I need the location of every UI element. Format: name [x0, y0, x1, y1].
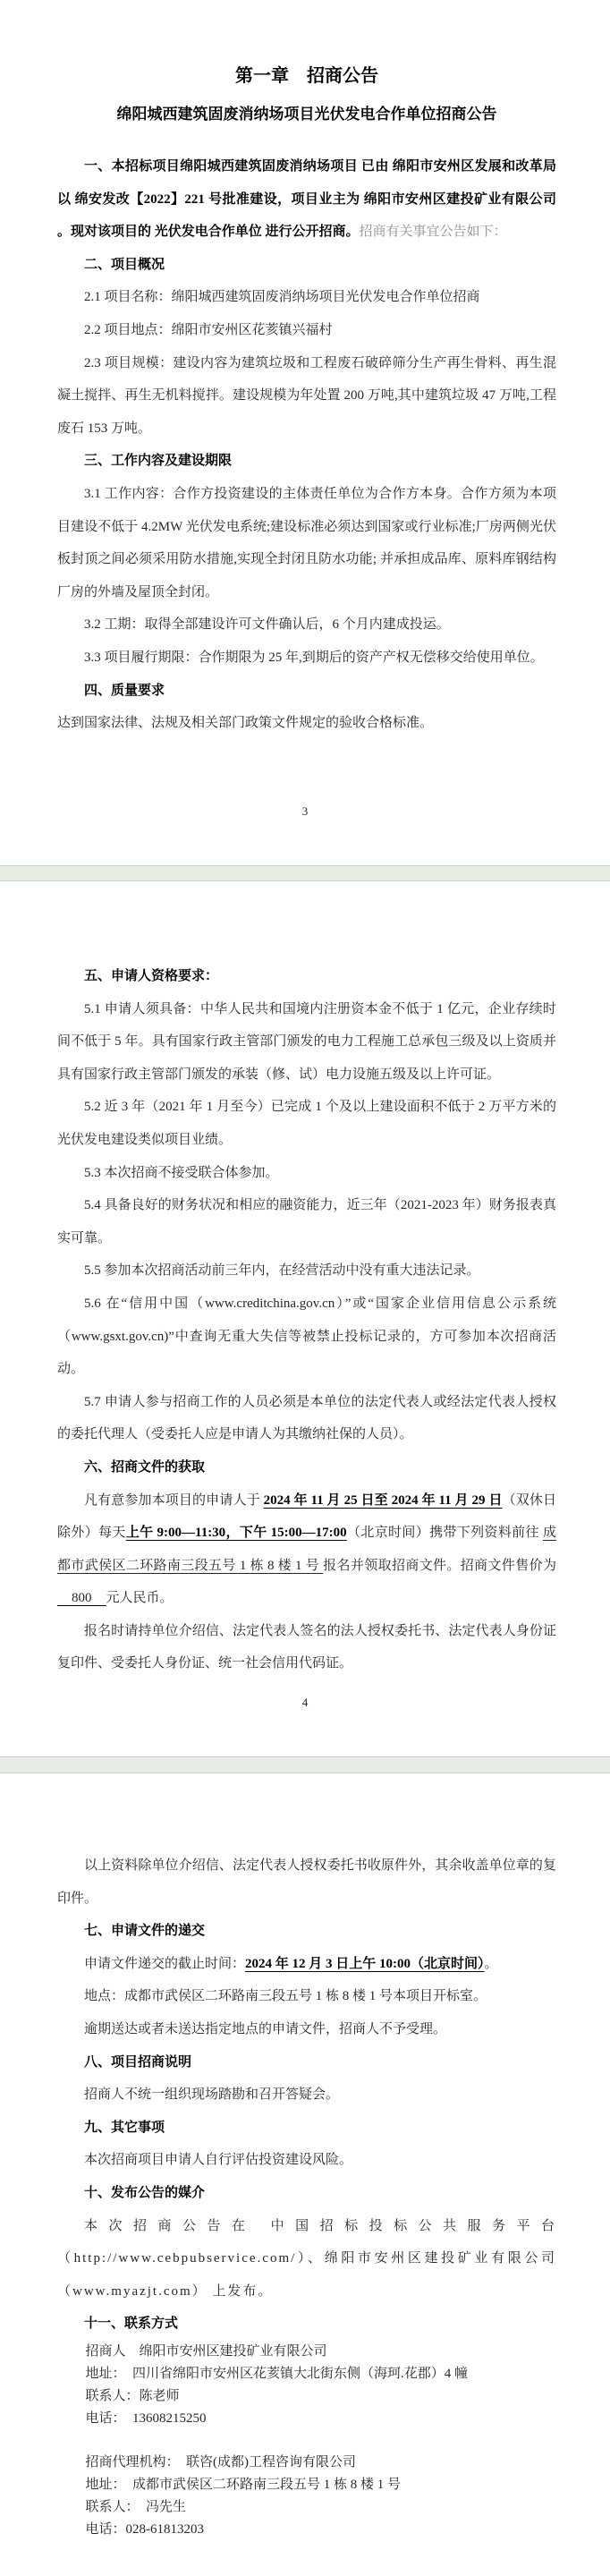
agency-contact-person-line: 联系人： 冯先生 [57, 2496, 556, 2519]
paragraph-6-1: 凡有意参加本项目的申请人于 2024 年 11 月 25 日至 2024 年 1… [57, 1484, 556, 1615]
paragraph-5-7: 5.7 申请人参与招商工作的人员必须是本单位的法定代表人或经法定代表人授权的委托… [57, 1386, 556, 1451]
doc-pickup-intro: 凡有意参加本项目的申请人于 [84, 1493, 264, 1508]
agency-phone-line: 电话：028-61813203 [57, 2519, 556, 2541]
heading-section-11: 十一、联系方式 [57, 2308, 556, 2341]
deadline-period: 。 [485, 1957, 498, 1971]
page-separator-1 [0, 865, 610, 881]
document-page-1: 第一章 招商公告 绵阳城西建筑固废消纳场项目光伏发电合作单位招商公告 一、本招标… [0, 0, 610, 865]
paragraph-5-4: 5.4 具备良好的财务状况和相应的融资能力，近三年（2021-2023 年）财务… [57, 1189, 556, 1254]
intro-gray-text: 招商有关事宜公告如下： [360, 225, 507, 239]
paragraph-7-1: 申请文件递交的截止时间：2024 年 12 月 3 日上午 10:00（北京时间… [57, 1948, 556, 1981]
paragraph-6-2: 报名时请持单位介绍信、法定代表人签名的法人授权委托书、法定代表人身份证复印件、受… [57, 1615, 556, 1680]
paragraph-9-body: 本次招商项目申请人自行评估投资建设风险。 [57, 2144, 556, 2177]
paragraph-2-3: 2.3 项目规模：建设内容为建筑垃圾和工程废石破碎筛分生产再生骨料、再生混凝土搅… [57, 347, 556, 446]
announcement-document: 第一章 招商公告 绵阳城西建筑固废消纳场项目光伏发电合作单位招商公告 一、本招标… [0, 0, 610, 2576]
document-page-2: 五、申请人资格要求： 5.1 申请人须具备：中华人民共和国境内注册资本金不低于 … [0, 881, 610, 1756]
document-title: 绵阳城西建筑固废消纳场项目光伏发电合作单位招商公告 [57, 102, 556, 127]
heading-section-10: 十、发布公告的媒介 [57, 2177, 556, 2210]
paragraph-5-3: 5.3 本次招商不接受联合体参加。 [57, 1157, 556, 1190]
heading-section-4: 四、质量要求 [57, 675, 556, 708]
heading-section-8: 八、项目招商说明 [57, 2046, 556, 2079]
doc-pickup-mid3: 报名并领取招商文件。招商文件售价为 [323, 1559, 556, 1573]
paragraph-7-3: 逾期送达或者未送达指定地点的申请文件，招商人不予受理。 [57, 2013, 556, 2046]
paragraph-4-body: 达到国家法律、法规及相关部门政策文件规定的验收合格标准。 [57, 707, 556, 740]
paragraph-materials-note: 以上资料除单位介绍信、法定代表人授权委托书收原件外，其余收盖单位章的复印件。 [57, 1849, 556, 1915]
owner-phone-line: 电话： 13608215250 [57, 2408, 556, 2430]
owner-contact-person-line: 联系人：陈老师 [57, 2385, 556, 2408]
deadline-label: 申请文件递交的截止时间： [84, 1957, 245, 1971]
doc-pickup-dates: 2024 年 11 月 25 日至 2024 年 11 月 29 日 [264, 1493, 503, 1508]
paragraph-5-5: 5.5 参加本次招商活动前三年内，在经营活动中没有重大违法记录。 [57, 1254, 556, 1288]
paragraph-5-1: 5.1 申请人须具备：中华人民共和国境内注册资本金不低于 1 亿元，企业存续时间… [57, 993, 556, 1092]
doc-pickup-mid2: （北京时间）携带下列资料前往 [347, 1526, 543, 1540]
paragraph-7-2: 地点：成都市武侯区二环路南三段五号 1 栋 8 楼 1 号本项目开标室。 [57, 1980, 556, 2013]
page-separator-2 [0, 1756, 610, 1773]
paragraph-3-2: 3.2 工期：取得全部建设许可文件确认后，6 个月内建成投运。 [57, 608, 556, 642]
heading-section-5: 五、申请人资格要求： [57, 960, 556, 993]
document-page-3: 以上资料除单位介绍信、法定代表人授权委托书收原件外，其余收盖单位章的复印件。 七… [0, 1773, 610, 2576]
page-number-3: 3 [0, 804, 610, 819]
heading-section-7: 七、申请文件的递交 [57, 1915, 556, 1948]
agency-name-line: 招商代理机构： 联咨(成都)工程咨询有限公司 [57, 2452, 556, 2474]
paragraph-5-2: 5.2 近 3 年（2021 年 1 月至今）已完成 1 个及以上建设面积不低于… [57, 1091, 556, 1156]
heading-section-9: 九、其它事项 [57, 2112, 556, 2145]
page-1-body: 一、本招标项目绵阳城西建筑固废消纳场项目 已由 绵阳市安州区发展和改革局以 绵安… [57, 150, 556, 740]
doc-pickup-hours: 上午 9:00—11:30，下午 15:00—17:00 [126, 1526, 347, 1540]
contact-owner-block: 招商人 绵阳市安州区建投矿业有限公司 地址： 四川省绵阳市安州区花荄镇大北街东侧… [57, 2341, 556, 2430]
heading-section-6: 六、招商文件的获取 [57, 1451, 556, 1484]
doc-pickup-tail: 元人民币。 [106, 1591, 174, 1605]
agency-address-line: 地址： 成都市武侯区二环路南三段五号 1 栋 8 楼 1 号 [57, 2474, 556, 2496]
paragraph-3-1: 3.1 工作内容：合作方投资建设的主体责任单位为合作方本身。合作方须为本项目建设… [57, 478, 556, 608]
owner-address-line: 地址： 四川省绵阳市安州区花荄镇大北街东侧（海珂.花郡）4 幢 [57, 2363, 556, 2385]
deadline-datetime: 2024 年 12 月 3 日上午 10:00（北京时间） [245, 1957, 485, 1971]
heading-section-3: 三、工作内容及建设期限 [57, 445, 556, 478]
contact-agency-block: 招商代理机构： 联咨(成都)工程咨询有限公司 地址： 成都市武侯区二环路南三段五… [57, 2452, 556, 2541]
paragraph-5-6: 5.6 在“信用中国（www.creditchina.gov.cn）”或“国家企… [57, 1288, 556, 1386]
paragraph-3-3: 3.3 项目履行期限：合作期限为 25 年,到期后的资产产权无偿移交给使用单位。 [57, 642, 556, 675]
page-number-4: 4 [0, 1696, 610, 1710]
owner-name-line: 招商人 绵阳市安州区建投矿业有限公司 [57, 2341, 556, 2363]
heading-section-2: 二、项目概况 [57, 249, 556, 282]
paragraph-2-2: 2.2 项目地点：绵阳市安州区花荄镇兴福村 [57, 314, 556, 347]
paragraph-intro: 一、本招标项目绵阳城西建筑固废消纳场项目 已由 绵阳市安州区发展和改革局以 绵安… [57, 150, 556, 249]
doc-price-value: 800 [57, 1591, 106, 1606]
paragraph-8-body: 招商人不统一组织现场踏勘和召开答疑会。 [57, 2079, 556, 2112]
chapter-title: 第一章 招商公告 [57, 63, 556, 89]
contact-spacer [57, 2430, 556, 2452]
paragraph-10-body: 本次招商公告在 中国招标投标公共服务平台（http://www.cebpubse… [57, 2210, 556, 2308]
paragraph-2-1: 2.1 项目名称：绵阳城西建筑固废消纳场项目光伏发电合作单位招商 [57, 281, 556, 314]
